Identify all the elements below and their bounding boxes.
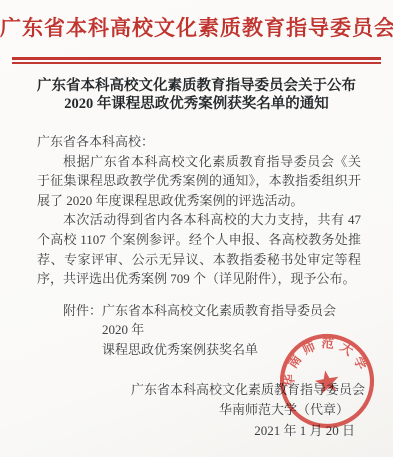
letterhead-divider [12,57,381,64]
document-title: 广东省本科高校文化素质教育指导委员会关于公布 2020 年课程思政优秀案例获奖名… [0,77,393,113]
attachment-title: 广东省本科高校文化素质教育指导委员会 2020 年 课程思政优秀案例获奖名单 [102,301,361,360]
document-body: 广东省各本科高校： 根据广东省本科高校文化素质教育指导委员会《关于征集课程思政教… [0,132,393,360]
signature-date: 2021 年 1 月 20 日 [0,421,355,442]
body-paragraph-2: 本次活动得到省内各本科高校的大力支持，共有 47 个高校 1107 个案例参评。… [37,210,361,288]
signature-org: 广东省本科高校文化素质教育指导委员会 [0,380,365,401]
document-title-line-2: 2020 年课程思政优秀案例获奖名单的通知 [0,95,393,113]
signature-agent: 华南师范大学（代章） [0,400,349,421]
document-page: 广东省本科高校文化素质教育指导委员会 广东省本科高校文化素质教育指导委员会关于公… [0,0,393,457]
greeting-line: 广东省各本科高校： [37,132,361,152]
letterhead-title: 广东省本科高校文化素质教育指导委员会 [0,0,393,42]
document-title-line-1: 广东省本科高校文化素质教育指导委员会关于公布 [0,77,393,95]
attachment-note: 附件： 广东省本科高校文化素质教育指导委员会 2020 年 课程思政优秀案例获奖… [37,301,361,360]
body-paragraph-1: 根据广东省本科高校文化素质教育指导委员会《关于征集课程思政教学优秀案例的通知》，… [37,152,361,211]
attachment-title-line-1: 广东省本科高校文化素质教育指导委员会 2020 年 [102,303,336,338]
attachment-label: 附件： [63,301,102,360]
attachment-title-line-2: 课程思政优秀案例获奖名单 [102,342,258,357]
signature-block: 广东省本科高校文化素质教育指导委员会 华南师范大学（代章） 2021 年 1 月… [0,380,393,442]
